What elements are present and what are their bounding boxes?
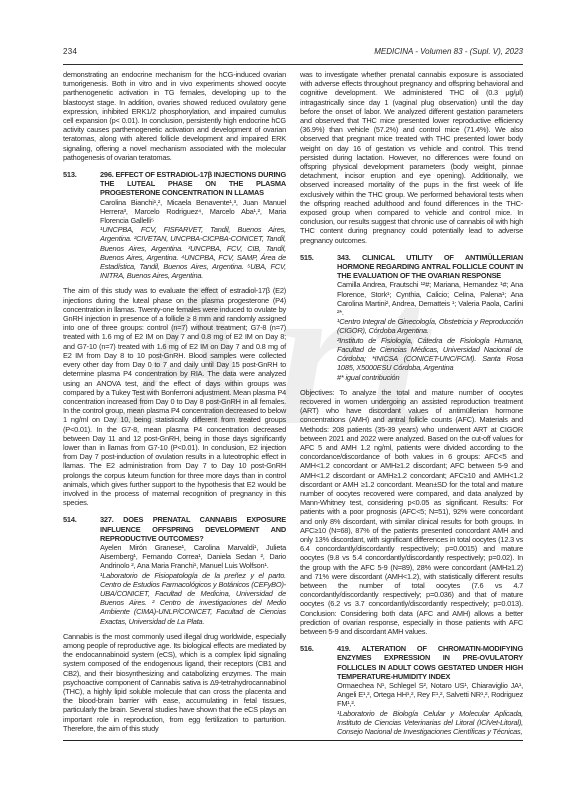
footer-rule	[63, 740, 523, 741]
abstract-515-head: 515. 343. CLINICAL UTILITY OF ANTIMÜLLER…	[300, 253, 523, 382]
abstract-authors: Ormaechea N¹, Schlegel S², Notaro US¹, C…	[337, 681, 523, 709]
page-number: 234	[63, 47, 77, 56]
abstract-affiliation-3: #* igual contribución	[337, 373, 523, 382]
abstract-number: 515.	[300, 253, 337, 382]
abstract-514-head: 514. 327. DOES PRENATAL CANNABIS EXPOSUR…	[63, 515, 286, 625]
text-columns: demonstrating an endocrine mechanism for…	[63, 70, 523, 736]
abstract-affiliation-2: ²Instituto de Fisiología, Cátedra de Fis…	[337, 336, 523, 373]
abstract-516-head: 516. 419. ALTERATION OF CHROMATIN-MODIFY…	[300, 644, 523, 736]
abstract-affiliations: ¹Laboratorio de Biología Celular y Molec…	[337, 709, 523, 737]
abstract-authors: Camilla Andrea, Frautschi ¹²#; Mariana, …	[337, 280, 523, 317]
abstract-affiliation-1: ¹Centro Integral de Ginecología, Obstetr…	[337, 317, 523, 335]
abstract-number: 516.	[300, 644, 337, 736]
right-column: was to investigate whether prenatal cann…	[300, 70, 523, 736]
abstract-513: 513. 296. EFFECT OF ESTRADIOL-17β INJECT…	[63, 170, 286, 507]
left-column: demonstrating an endocrine mechanism for…	[63, 70, 286, 736]
abstract-authors: Ayelen Mirón Granese¹, Carolina Marvaldi…	[100, 543, 286, 571]
continuation-paragraph: demonstrating an endocrine mechanism for…	[63, 70, 286, 162]
abstract-affiliations: ¹Laboratorio de Fisiopatología de la pre…	[100, 571, 286, 626]
abstract-body-part1: Cannabis is the most commonly used illeg…	[63, 632, 286, 733]
abstract-head-content: 343. CLINICAL UTILITY OF ANTIMÜLLERIAN H…	[337, 253, 523, 382]
page-header: 234 MEDICINA - Volumen 83 - (Supl. V), 2…	[63, 47, 523, 56]
abstract-head-content: 296. EFFECT OF ESTRADIOL-17β INJECTIONS …	[100, 170, 286, 280]
abstract-authors: Carolina Bianchi¹,², Micaela Benavente¹,…	[100, 198, 286, 226]
journal-page: 234 MEDICINA - Volumen 83 - (Supl. V), 2…	[0, 0, 566, 793]
abstract-title: 419. ALTERATION OF CHROMATIN-MODIFYING E…	[337, 644, 523, 681]
abstract-head-content: 419. ALTERATION OF CHROMATIN-MODIFYING E…	[337, 644, 523, 736]
abstract-number: 514.	[63, 515, 100, 625]
abstract-body-part2: was to investigate whether prenatal cann…	[300, 70, 523, 245]
abstract-number: 513.	[63, 170, 100, 280]
abstract-515: 515. 343. CLINICAL UTILITY OF ANTIMÜLLER…	[300, 253, 523, 636]
abstract-affiliations: ¹UNCPBA, FCV, FISFARVET, Tandil, Buenos …	[100, 225, 286, 280]
abstract-body: Objectives: To analyze the total and mat…	[300, 388, 523, 636]
abstract-514: 514. 327. DOES PRENATAL CANNABIS EXPOSUR…	[63, 515, 286, 733]
abstract-head-content: 327. DOES PRENATAL CANNABIS EXPOSURE INF…	[100, 515, 286, 625]
header-rule	[63, 64, 523, 65]
abstract-title: 327. DOES PRENATAL CANNABIS EXPOSURE INF…	[100, 515, 286, 543]
abstract-513-head: 513. 296. EFFECT OF ESTRADIOL-17β INJECT…	[63, 170, 286, 280]
abstract-516: 516. 419. ALTERATION OF CHROMATIN-MODIFY…	[300, 644, 523, 736]
abstract-body: The aim of this study was to evaluate th…	[63, 286, 286, 507]
abstract-title: 296. EFFECT OF ESTRADIOL-17β INJECTIONS …	[100, 170, 286, 198]
journal-header: MEDICINA - Volumen 83 - (Supl. V), 2023	[374, 47, 523, 56]
abstract-title: 343. CLINICAL UTILITY OF ANTIMÜLLERIAN H…	[337, 253, 523, 281]
